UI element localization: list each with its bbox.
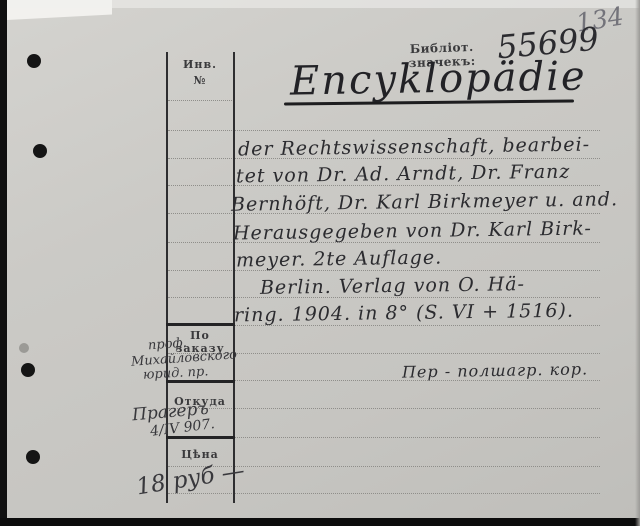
scan-edge-left bbox=[0, 0, 7, 526]
catalog-card-scan: Инв. № По заказу Откуда Цѣна проф. Михай… bbox=[0, 0, 640, 526]
ruled-line bbox=[168, 100, 234, 101]
column-divider-line bbox=[166, 323, 235, 326]
punch-hole-faint bbox=[19, 343, 29, 353]
scan-edge-top bbox=[7, 0, 640, 8]
punch-hole bbox=[27, 54, 41, 68]
body-line: ring. 1904. in 8° (S. VI + 1516). bbox=[234, 300, 574, 327]
body-line: Herausgegeben von Dr. Karl Birk- bbox=[233, 217, 592, 244]
scan-edge-bottom bbox=[0, 518, 640, 526]
body-line: der Rechtswissenschaft, bearbei- bbox=[238, 134, 590, 161]
body-line: tet von Dr. Ad. Arndt, Dr. Franz bbox=[236, 161, 571, 188]
body-line: Bernhöft, Dr. Karl Birkmeyer u. and. bbox=[231, 188, 618, 215]
binding-note: Пер - полшагр. кор. bbox=[402, 359, 588, 381]
card-title: Encyklopädie bbox=[290, 53, 587, 104]
punch-hole bbox=[33, 144, 47, 158]
punch-hole bbox=[26, 450, 40, 464]
scan-edge-right bbox=[635, 0, 640, 526]
body-line: meyer. 2te Auflage. bbox=[236, 247, 442, 272]
price-label: Цѣна bbox=[167, 448, 233, 461]
punch-hole bbox=[21, 363, 35, 377]
inventory-number-label: № bbox=[167, 74, 233, 87]
body-line: Berlin. Verlag von O. Hä- bbox=[260, 273, 525, 299]
inventory-label: Инв. bbox=[167, 58, 233, 71]
